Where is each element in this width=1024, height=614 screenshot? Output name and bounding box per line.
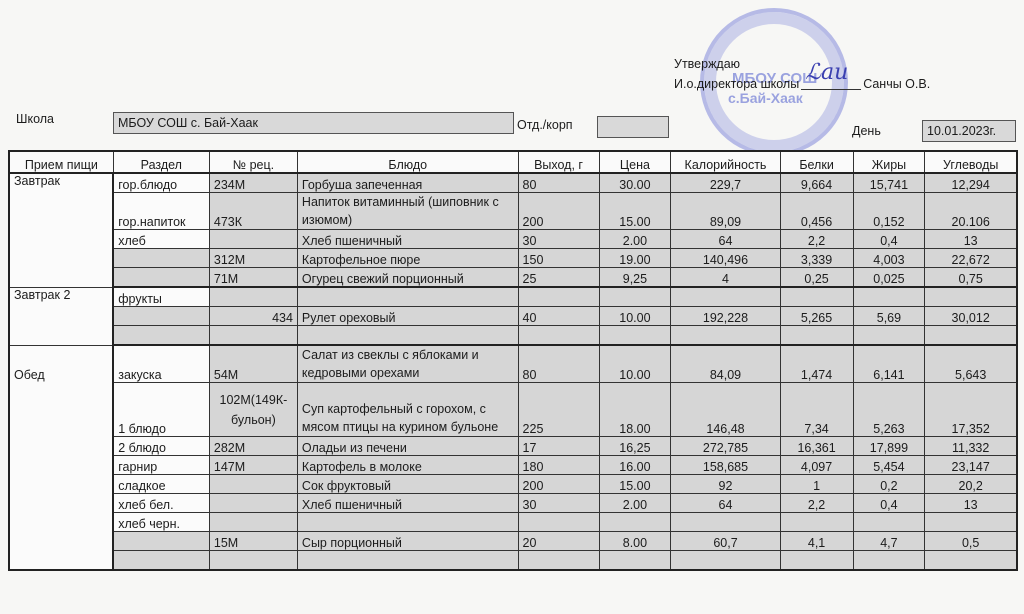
dish-cell: Картофель в молоке [297,456,518,475]
table-row: 1 блюдо102М(149К-бульон)Суп картофельный… [9,383,1017,437]
col-carbs: Углеводы [925,151,1017,173]
menu-table: Прием пищи Раздел № рец. Блюдо Выход, г … [8,150,1018,571]
fat-cell: 15,741 [853,173,925,193]
protein-cell: 9,664 [780,173,853,193]
price-cell [599,326,671,346]
price-cell: 2.00 [599,494,671,513]
section-cell: гарнир [113,456,209,475]
yield-cell [518,287,599,307]
protein-cell: 4,1 [780,532,853,551]
yield-cell: 200 [518,475,599,494]
recipe-cell: 71М [209,268,297,288]
carbs-cell [925,287,1017,307]
kcal-cell: 92 [671,475,780,494]
section-cell [113,551,209,571]
section-cell: 2 блюдо [113,437,209,456]
kcal-cell: 89,09 [671,193,780,230]
table-row: гарнир147МКартофель в молоке18016.00158,… [9,456,1017,475]
yield-cell: 150 [518,249,599,268]
table-row: 312МКартофельное пюре15019.00140,4963,33… [9,249,1017,268]
carbs-cell: 11,332 [925,437,1017,456]
section-cell: гор.блюдо [113,173,209,193]
kcal-cell: 229,7 [671,173,780,193]
carbs-cell: 20.106 [925,193,1017,230]
fat-cell: 0,4 [853,230,925,249]
yield-cell: 17 [518,437,599,456]
table-row: 434Рулет ореховый4010.00192,2285,2655,69… [9,307,1017,326]
dish-cell: Картофельное пюре [297,249,518,268]
fat-cell [853,287,925,307]
protein-cell: 4,097 [780,456,853,475]
recipe-cell [209,475,297,494]
table-row: Обедзакуска54МСалат из свеклы с яблоками… [9,345,1017,383]
carbs-cell: 22,672 [925,249,1017,268]
fat-cell: 5,263 [853,383,925,437]
yield-cell [518,326,599,346]
kcal-cell: 84,09 [671,345,780,383]
price-cell: 15.00 [599,475,671,494]
kcal-cell [671,513,780,532]
col-kcal: Калорийность [671,151,780,173]
yield-cell: 80 [518,345,599,383]
recipe-cell [209,513,297,532]
protein-cell: 0,456 [780,193,853,230]
table-row: хлебХлеб пшеничный302.00642,20,413 [9,230,1017,249]
section-cell: 1 блюдо [113,383,209,437]
price-cell: 19.00 [599,249,671,268]
kcal-cell: 192,228 [671,307,780,326]
price-cell: 18.00 [599,383,671,437]
dish-cell [297,513,518,532]
yield-cell: 200 [518,193,599,230]
dish-cell: Горбуша запеченная [297,173,518,193]
protein-cell: 1 [780,475,853,494]
carbs-cell: 13 [925,494,1017,513]
price-cell: 10.00 [599,345,671,383]
price-cell: 30.00 [599,173,671,193]
kcal-cell [671,551,780,571]
carbs-cell [925,551,1017,571]
table-row: Завтрак 2фрукты [9,287,1017,307]
approval-position: И.о.директора школы [674,74,799,94]
recipe-cell [209,494,297,513]
col-fat: Жиры [853,151,925,173]
col-yield: Выход, г [518,151,599,173]
price-cell [599,551,671,571]
kcal-cell: 64 [671,230,780,249]
school-field[interactable]: МБОУ СОШ с. Бай-Хаак [113,112,514,134]
yield-cell: 80 [518,173,599,193]
price-cell [599,513,671,532]
col-dish: Блюдо [297,151,518,173]
table-row: 15МСыр порционный208.0060,74,14,70,5 [9,532,1017,551]
fat-cell: 5,69 [853,307,925,326]
section-cell: хлеб [113,230,209,249]
fat-cell: 0,025 [853,268,925,288]
protein-cell: 5,265 [780,307,853,326]
recipe-cell: 15М [209,532,297,551]
kcal-cell [671,287,780,307]
price-cell: 8.00 [599,532,671,551]
recipe-cell: 102М(149К-бульон) [209,383,297,437]
price-cell: 16,25 [599,437,671,456]
table-row: хлеб бел.Хлеб пшеничный302.00642,20,413 [9,494,1017,513]
section-cell [113,268,209,288]
carbs-cell: 5,643 [925,345,1017,383]
dish-cell: Оладьи из печени [297,437,518,456]
dish-cell: Рулет ореховый [297,307,518,326]
dish-cell: Хлеб пшеничный [297,230,518,249]
carbs-cell: 12,294 [925,173,1017,193]
dish-cell: Салат из свеклы с яблоками и кедровыми о… [297,345,518,383]
table-row: гор.напиток473КНапиток витаминный (шипов… [9,193,1017,230]
carbs-cell: 23,147 [925,456,1017,475]
signature-line: ℒ𝑎𝑢 [801,75,861,90]
col-protein: Белки [780,151,853,173]
dish-cell: Сок фруктовый [297,475,518,494]
fat-cell [853,551,925,571]
carbs-cell: 30,012 [925,307,1017,326]
yield-cell: 30 [518,230,599,249]
yield-cell: 180 [518,456,599,475]
approval-name: Санчы О.В. [863,74,930,94]
section-cell [113,532,209,551]
meal-cell: Обед [9,345,113,570]
approval-title: Утверждаю [674,54,930,74]
section-cell [113,307,209,326]
kcal-cell: 272,785 [671,437,780,456]
recipe-cell: 473К [209,193,297,230]
recipe-cell [209,287,297,307]
protein-cell: 2,2 [780,230,853,249]
recipe-cell: 147М [209,456,297,475]
carbs-cell: 0,75 [925,268,1017,288]
recipe-cell: 234М [209,173,297,193]
carbs-cell: 13 [925,230,1017,249]
signature-icon: ℒ𝑎𝑢 [805,63,848,83]
yield-cell: 225 [518,383,599,437]
table-row [9,326,1017,346]
price-cell: 15.00 [599,193,671,230]
price-cell: 9,25 [599,268,671,288]
section-cell: гор.напиток [113,193,209,230]
dish-cell: Огурец свежий порционный [297,268,518,288]
protein-cell: 1,474 [780,345,853,383]
price-cell: 10.00 [599,307,671,326]
meal-cell: Завтрак [9,173,113,287]
section-cell: хлеб бел. [113,494,209,513]
day-field[interactable]: 10.01.2023г. [922,120,1016,142]
price-cell: 2.00 [599,230,671,249]
protein-cell: 16,361 [780,437,853,456]
table-row [9,551,1017,571]
table-row: 2 блюдо282МОладьи из печени1716,25272,78… [9,437,1017,456]
kcal-cell: 64 [671,494,780,513]
fat-cell: 6,141 [853,345,925,383]
kcal-cell: 4 [671,268,780,288]
fat-cell: 4,003 [853,249,925,268]
dish-cell [297,551,518,571]
carbs-cell [925,513,1017,532]
recipe-cell [209,230,297,249]
dish-cell: Сыр порционный [297,532,518,551]
fat-cell [853,513,925,532]
yield-cell: 30 [518,494,599,513]
protein-cell: 3,339 [780,249,853,268]
meal-cell: Завтрак 2 [9,287,113,345]
dept-field[interactable] [597,116,669,138]
carbs-cell [925,326,1017,346]
price-cell: 16.00 [599,456,671,475]
recipe-cell: 434 [209,307,297,326]
table-row: 71МОгурец свежий порционный259,2540,250,… [9,268,1017,288]
recipe-cell: 312М [209,249,297,268]
yield-cell: 25 [518,268,599,288]
section-cell: фрукты [113,287,209,307]
school-label: Школа [16,112,54,126]
dish-cell [297,287,518,307]
dish-cell: Напиток витаминный (шиповник с изюмом) [297,193,518,230]
protein-cell: 7,34 [780,383,853,437]
recipe-cell [209,326,297,346]
yield-cell: 40 [518,307,599,326]
kcal-cell: 146,48 [671,383,780,437]
fat-cell: 0,152 [853,193,925,230]
protein-cell [780,513,853,532]
dish-cell [297,326,518,346]
recipe-cell [209,551,297,571]
col-meal: Прием пищи [9,151,113,173]
col-section: Раздел [113,151,209,173]
section-cell: сладкое [113,475,209,494]
kcal-cell: 60,7 [671,532,780,551]
approval-block: Утверждаю И.о.директора школы ℒ𝑎𝑢 Санчы … [674,54,930,94]
recipe-cell: 282М [209,437,297,456]
protein-cell [780,287,853,307]
kcal-cell: 158,685 [671,456,780,475]
fat-cell: 5,454 [853,456,925,475]
protein-cell [780,551,853,571]
fat-cell: 17,899 [853,437,925,456]
yield-cell [518,551,599,571]
carbs-cell: 20,2 [925,475,1017,494]
table-header-row: Прием пищи Раздел № рец. Блюдо Выход, г … [9,151,1017,173]
protein-cell [780,326,853,346]
section-cell: закуска [113,345,209,383]
protein-cell: 2,2 [780,494,853,513]
kcal-cell [671,326,780,346]
carbs-cell: 0,5 [925,532,1017,551]
fat-cell: 0,2 [853,475,925,494]
carbs-cell: 17,352 [925,383,1017,437]
table-row: Завтракгор.блюдо234МГорбуша запеченная80… [9,173,1017,193]
section-cell [113,249,209,268]
day-label: День [852,124,881,138]
col-price: Цена [599,151,671,173]
col-recipe: № рец. [209,151,297,173]
protein-cell: 0,25 [780,268,853,288]
yield-cell: 20 [518,532,599,551]
fat-cell: 0,4 [853,494,925,513]
dept-label: Отд./корп [517,118,573,132]
dish-cell: Суп картофельный с горохом, с мясом птиц… [297,383,518,437]
dish-cell: Хлеб пшеничный [297,494,518,513]
recipe-cell: 54М [209,345,297,383]
kcal-cell: 140,496 [671,249,780,268]
fat-cell: 4,7 [853,532,925,551]
section-cell: хлеб черн. [113,513,209,532]
fat-cell [853,326,925,346]
price-cell [599,287,671,307]
yield-cell [518,513,599,532]
section-cell [113,326,209,346]
table-row: сладкоеСок фруктовый20015.009210,220,2 [9,475,1017,494]
table-row: хлеб черн. [9,513,1017,532]
